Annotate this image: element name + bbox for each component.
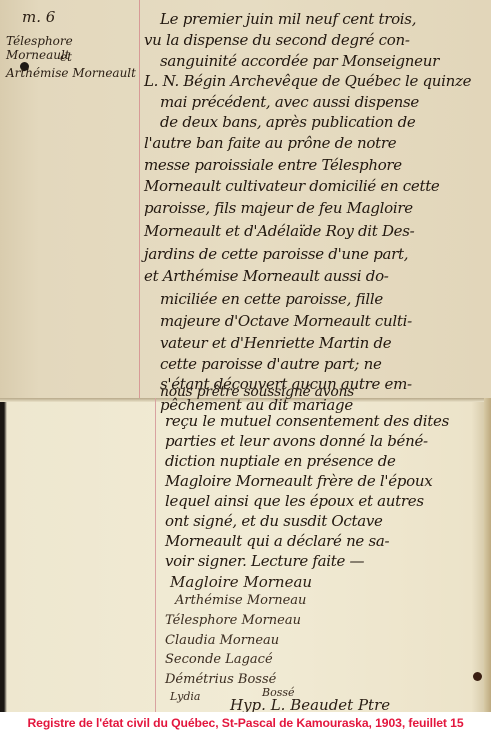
signature: Démétrius Bossé <box>165 672 276 687</box>
tack-icon <box>473 672 482 681</box>
signature: Arthémise Morneau <box>175 593 306 608</box>
text-line: nous prêtre soussigné avons <box>160 384 354 400</box>
signature: Seconde Lagacé <box>165 652 273 667</box>
text-line: Morneault cultivateur domicilié en cette <box>144 177 440 195</box>
document-scan: m. 6 Télesphore Morneault et Arthémise M… <box>0 0 491 712</box>
text-line: cette paroisse d'autre part; ne <box>160 355 382 373</box>
text-line: l'autre ban faite au prône de notre <box>144 134 396 152</box>
text-line: ont signé, et du susdit Octave <box>165 512 383 530</box>
text-line: sanguinité accordée par Monseigneur <box>160 52 439 70</box>
text-line: parties et leur avons donné la béné- <box>165 432 428 450</box>
signature: Claudia Morneau <box>165 633 279 648</box>
text-line: L. N. Bégin Archevêque de Québec le quin… <box>144 72 471 90</box>
text-line: Magloire Morneault frère de l'époux <box>165 472 432 490</box>
text-line: de deux bans, après publication de <box>160 113 415 131</box>
margin-bride-name: Arthémise Morneault <box>6 66 136 80</box>
text-line: jardins de cette paroisse d'une part, <box>144 245 408 263</box>
text-line: Le premier juin mil neuf cent trois, <box>160 10 416 28</box>
text-line: vateur et d'Henriette Martin de <box>160 334 391 352</box>
text-line: lequel ainsi que les époux et autres <box>165 492 424 510</box>
margin-rule-lower <box>155 398 156 712</box>
text-line: majeure d'Octave Morneault culti- <box>160 312 412 330</box>
signature: Télesphore Morneau <box>165 613 301 628</box>
signature: Lydia <box>170 690 200 703</box>
text-line: mai précédent, avec aussi dispense <box>160 93 419 111</box>
text-line: messe paroissiale entre Télesphore <box>144 156 402 174</box>
text-line: et Arthémise Morneault aussi do- <box>144 267 389 285</box>
text-line: reçu le mutuel consentement des dites <box>165 412 449 430</box>
signature: Magloire Morneau <box>170 573 312 591</box>
text-line: paroisse, fils majeur de feu Magloire <box>144 199 413 217</box>
text-line: miciliée en cette paroisse, fille <box>160 290 383 308</box>
priest-signature: Hyp. L. Beaudet Ptre <box>230 696 390 712</box>
text-line: Morneault qui a déclaré ne sa- <box>165 532 389 550</box>
entry-number: m. 6 <box>22 10 152 24</box>
text-line: Morneault et d'Adélaïde Roy dit Des- <box>144 222 414 240</box>
page-edge <box>484 398 491 712</box>
text-line: voir signer. Lecture faite — <box>165 552 364 570</box>
image-caption: Registre de l'état civil du Québec, St-P… <box>0 716 491 730</box>
text-line: vu la dispense du second degré con- <box>144 31 410 49</box>
text-line: diction nuptiale en présence de <box>165 452 396 470</box>
